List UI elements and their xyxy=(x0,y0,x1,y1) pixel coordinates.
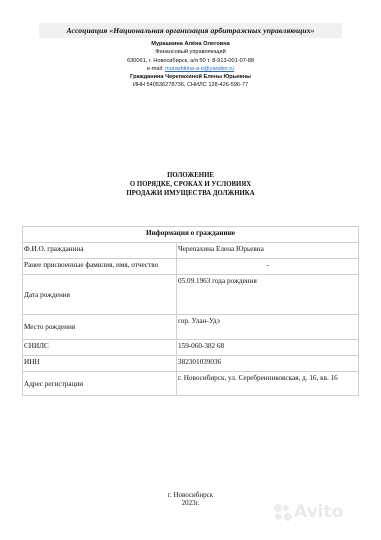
email-line: e-mail: murashkina-a-o@yandex.ru xyxy=(0,65,381,73)
table-row: Адрес регистрации г. Новосибирск, ул. Се… xyxy=(23,372,359,396)
title-line-2: О ПОРЯДКЕ, СРОКАХ И УСЛОВИЯХ xyxy=(0,180,381,189)
manager-name: Мурашкина Алёна Олеговна xyxy=(0,40,381,48)
table-row: Место рождения гор. Улан-Удэ xyxy=(23,315,359,340)
citizen-name: Гражданина Черепахиной Елены Юрьевны xyxy=(0,73,381,81)
citizen-info-table: Информация о гражданине Ф.И.О. гражданин… xyxy=(22,226,359,396)
row-value: гор. Улан-Удэ xyxy=(177,315,359,340)
row-value: 382301039036 xyxy=(177,356,359,372)
email-link[interactable]: murashkina-a-o@yandex.ru xyxy=(165,66,234,72)
table-caption: Информация о гражданине xyxy=(23,227,359,243)
table-row: Ф.И.О. гражданина Черепахина Елена Юрьев… xyxy=(23,243,359,259)
row-value: г. Новосибирск, ул. Серебренниковская, д… xyxy=(177,372,359,396)
row-label: СНИЛС xyxy=(23,340,177,356)
row-value: - xyxy=(177,259,359,275)
row-value: Черепахина Елена Юрьевна xyxy=(177,243,359,259)
table-row: ИНН 382301039036 xyxy=(23,356,359,372)
avito-logo-icon xyxy=(274,504,292,522)
email-label: e-mail: xyxy=(147,66,165,72)
table-row: СНИЛС 159-060-382 68 xyxy=(23,340,359,356)
manager-role: Финансовый управляющий xyxy=(0,48,381,56)
row-label: Место рождения xyxy=(23,315,177,340)
row-label: Адрес регистрации xyxy=(23,372,177,396)
association-name: Ассоциация «Национальная организация арб… xyxy=(0,26,381,35)
table-caption-row: Информация о гражданине xyxy=(23,227,359,243)
row-label: ИНН xyxy=(23,356,177,372)
row-label: Ф.И.О. гражданина xyxy=(23,243,177,259)
title-line-3: ПРОДАЖИ ИМУЩЕСТВА ДОЛЖНИКА xyxy=(0,189,381,198)
row-value: 05.09.1963 года рождения xyxy=(177,275,359,315)
table-row: Дата рождения 05.09.1963 года рождения xyxy=(23,275,359,315)
footer-city: г. Новосибирск xyxy=(0,491,381,499)
title-line-1: ПОЛОЖЕНИЕ xyxy=(0,171,381,180)
row-label: Дата рождения xyxy=(23,275,177,315)
document-title: ПОЛОЖЕНИЕ О ПОРЯДКЕ, СРОКАХ И УСЛОВИЯХ П… xyxy=(0,171,381,198)
row-label: Ранее присвоенные фамилия, имя, отчество xyxy=(23,259,177,275)
inn-snils: ИНН 540536278736, СНИЛС 128-426-596-77 xyxy=(0,81,381,89)
address-phone: 630061, г. Новосибирск, а/я 50 т. 8-913-… xyxy=(0,57,381,65)
row-value: 159-060-382 68 xyxy=(177,340,359,356)
avito-watermark: Avito xyxy=(294,502,343,522)
table-row: Ранее присвоенные фамилия, имя, отчество… xyxy=(23,259,359,275)
